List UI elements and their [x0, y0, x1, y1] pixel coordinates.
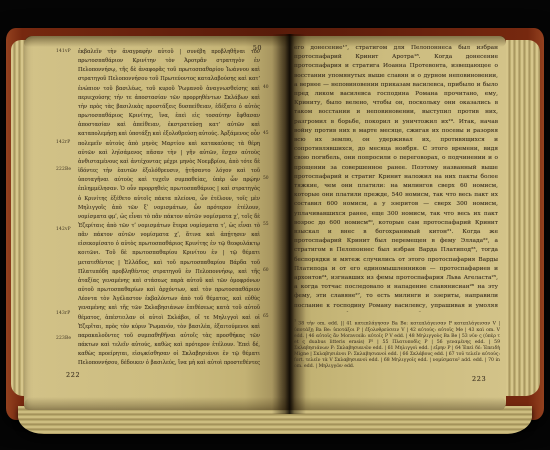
line-number: 60: [263, 268, 269, 273]
line-number: 65: [263, 314, 269, 319]
line-number: 55: [263, 222, 269, 227]
line-number: 45: [263, 131, 269, 136]
critical-apparatus-block: 738 τὴν om. edd. || 41 κατεπλάγησαν Ba B…: [294, 318, 500, 370]
line-number-column: 404550556065: [263, 28, 275, 402]
book-photo-background: 50 141vP142rP222Be142vP143rP223Be ἐκβαλε…: [0, 0, 550, 450]
margin-siglum: 223Be: [56, 336, 71, 341]
margin-siglum: 142vP: [56, 227, 71, 232]
line-number: 50: [263, 176, 269, 181]
page-number-right: 223: [472, 375, 486, 383]
open-book: 50 141vP142rP222Be142vP143rP223Be ἐκβαλε…: [6, 28, 544, 420]
margin-siglum: 141vP: [56, 49, 71, 54]
apparatus-text: 38 τὴν om. edd. || 41 κατεπλάγησαν Ba Be…: [294, 322, 500, 370]
margin-siglum: 142rP: [56, 140, 70, 145]
line-number: 40: [263, 85, 269, 90]
apparatus-note-mark: 7: [294, 319, 296, 323]
greek-text-block: ἐκβαλεῖν τὴν ἀναγραφὴν αὐτοῦ | συνέβη πρ…: [78, 48, 260, 368]
margin-siglum: 143rP: [56, 311, 70, 316]
page-number-left: 222: [66, 371, 80, 379]
margin-siglum: 222Be: [56, 167, 71, 172]
page-edges-right: [506, 40, 540, 396]
margin-sigla-column: 141vP142rP222Be142vP143rP223Be: [56, 28, 78, 402]
russian-text-block: его донесение¹⁷, стратигом для Пелопонне…: [294, 44, 498, 312]
